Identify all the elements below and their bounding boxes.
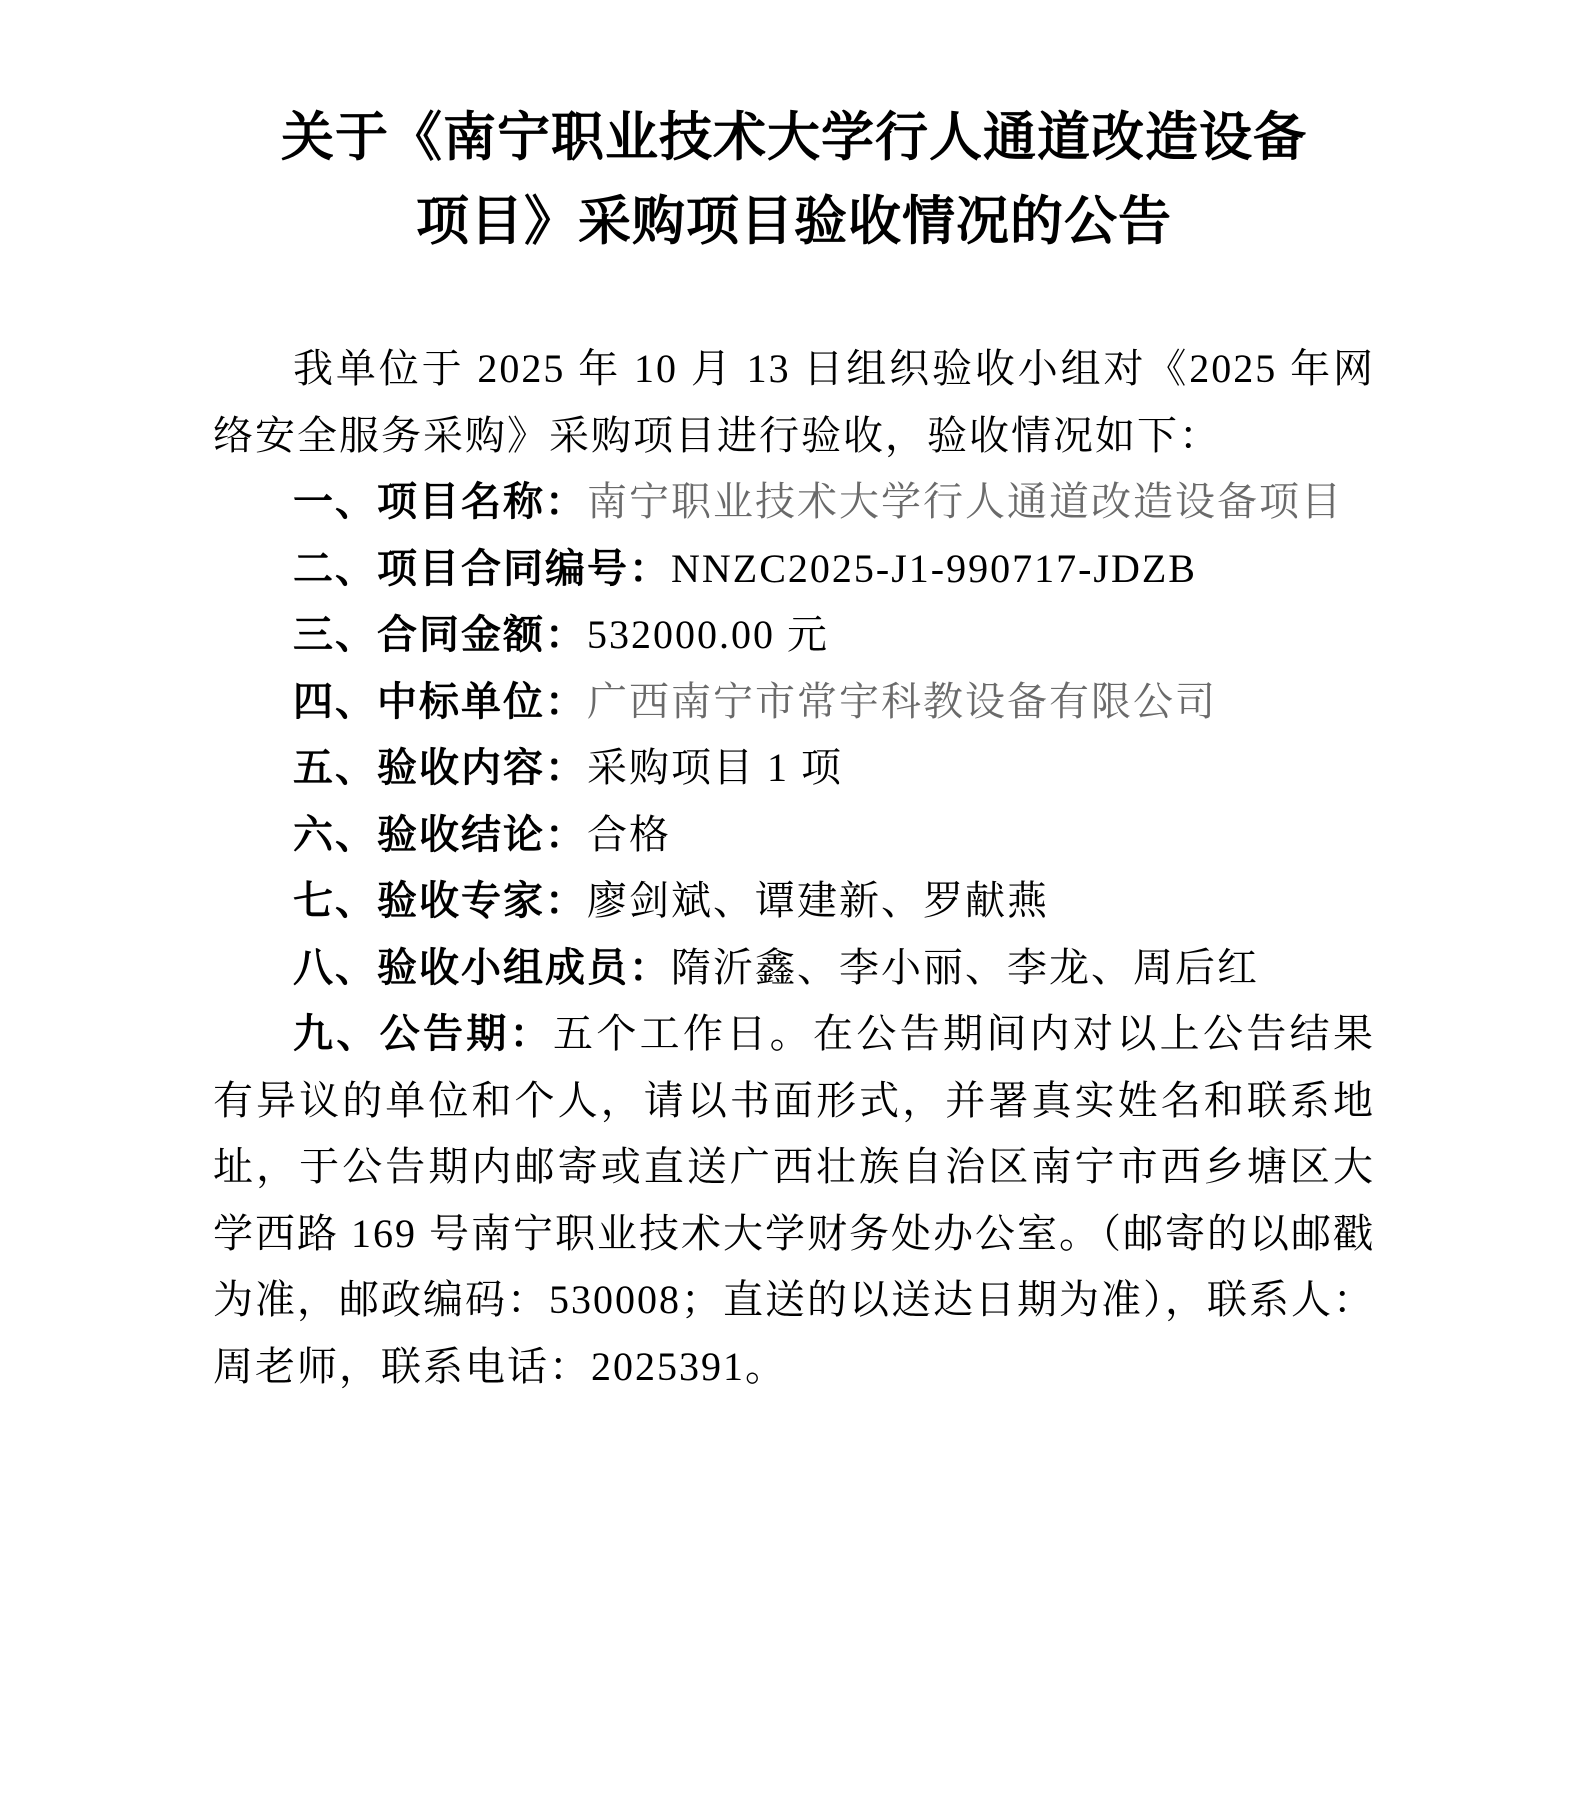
item-label: 三、合同金额： (293, 613, 587, 657)
item-value: 合格 (587, 812, 671, 857)
item-value: 隋沂鑫、李小丽、李龙、周后红 (671, 945, 1259, 990)
item-value: 廖剑斌、谭建新、罗献燕 (587, 878, 1049, 923)
item-paragraph-winning-bidder: 四、中标单位：广西南宁市常宇科教设备有限公司 (213, 669, 1375, 736)
item-paragraph-project-name: 一、项目名称：南宁职业技术大学行人通道改造设备项目 (213, 469, 1375, 536)
item-label: 二、项目合同编号： (293, 547, 671, 591)
item-paragraph-contract-amount: 三、合同金额：532000.00 元 (213, 602, 1375, 669)
item-paragraph-acceptance-team: 八、验收小组成员：隋沂鑫、李小丽、李龙、周后红 (213, 935, 1375, 1002)
item-label: 六、验收结论： (293, 813, 587, 857)
item-paragraph-contract-number: 二、项目合同编号：NNZC2025-J1-990717-JDZB (213, 536, 1375, 603)
item-paragraph-announcement-period: 九、公告期：五个工作日。在公告期间内对以上公告结果有异议的单位和个人，请以书面形… (213, 1001, 1375, 1400)
item-paragraph-acceptance-conclusion: 六、验收结论：合格 (213, 802, 1375, 869)
item-value: 南宁职业技术大学行人通道改造设备项目 (587, 479, 1343, 524)
intro-paragraph: 我单位于 2025 年 10 月 13 日组织验收小组对《2025 年网络安全服… (213, 336, 1375, 469)
item-paragraph-acceptance-experts: 七、验收专家：廖剑斌、谭建新、罗献燕 (213, 868, 1375, 935)
item-paragraph-acceptance-content: 五、验收内容：采购项目 1 项 (213, 735, 1375, 802)
document-page: 关于《南宁职业技术大学行人通道改造设备 项目》采购项目验收情况的公告 我单位于 … (0, 0, 1587, 1801)
item-label: 八、验收小组成员： (293, 946, 671, 990)
title-line-1: 关于《南宁职业技术大学行人通道改造设备 (213, 96, 1375, 180)
item-label: 九、公告期： (293, 1012, 553, 1056)
item-label: 五、验收内容： (293, 746, 587, 790)
item-label: 一、项目名称： (293, 480, 587, 524)
document-title: 关于《南宁职业技术大学行人通道改造设备 项目》采购项目验收情况的公告 (213, 96, 1375, 264)
item-value: 采购项目 1 项 (587, 745, 843, 790)
item-value: NNZC2025-J1-990717-JDZB (671, 546, 1197, 591)
item-label: 七、验收专家： (293, 879, 587, 923)
item-value: 广西南宁市常宇科教设备有限公司 (587, 679, 1217, 724)
title-line-2: 项目》采购项目验收情况的公告 (213, 180, 1375, 264)
item-value: 532000.00 元 (587, 612, 829, 657)
item-label: 四、中标单位： (293, 680, 587, 724)
item-value: 五个工作日。在公告期间内对以上公告结果有异议的单位和个人，请以书面形式，并署真实… (213, 1011, 1375, 1389)
